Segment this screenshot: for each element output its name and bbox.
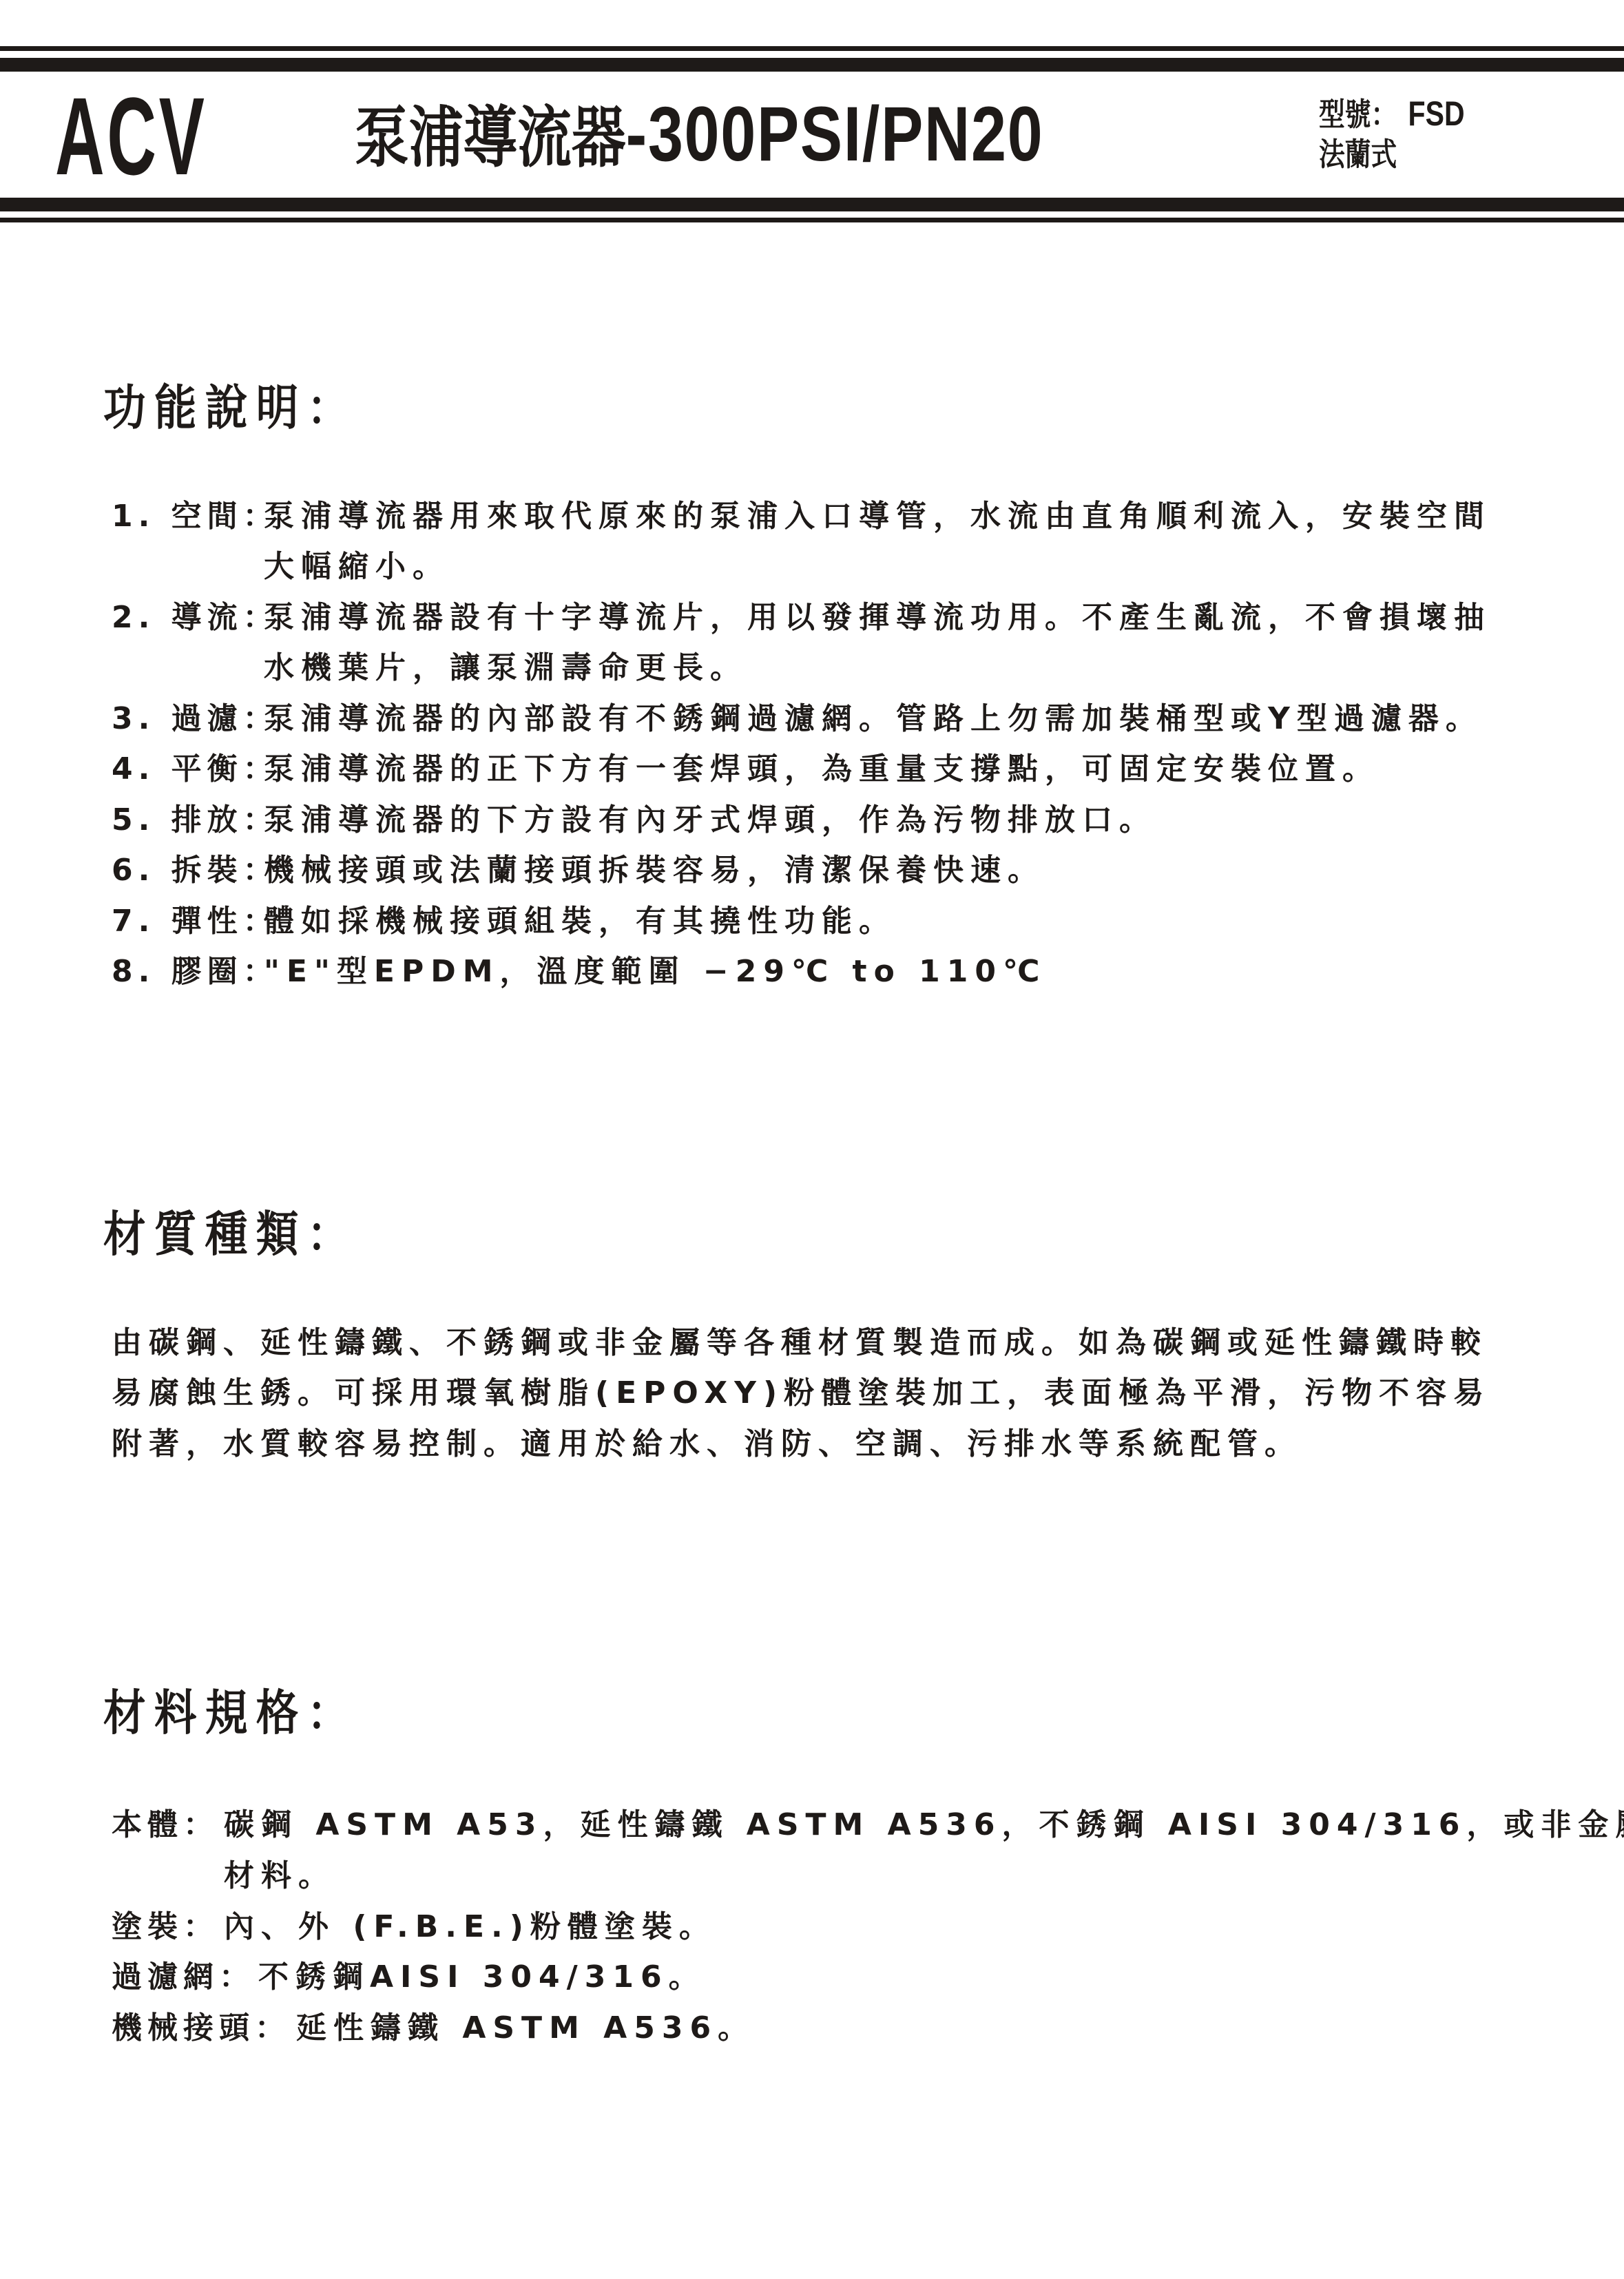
materials-paragraph-line: 易腐蝕生銹。可採用環氧樹脂(EPOXY)粉體塗裝加工，表面極為平滑，污物不容易 — [112, 1375, 1490, 1411]
header-bottom-thick-rule — [0, 198, 1624, 211]
model-number-row: 型號：FSD — [1319, 94, 1465, 134]
spec-item-text-continued: 材料。 — [224, 1858, 335, 1894]
section-heading-functions: 功能說明： — [103, 380, 358, 435]
product-title: 泵浦導流器-300PSI/PN20 — [355, 96, 1043, 176]
spec-item-label: 本體： — [112, 1807, 219, 1843]
model-info: 型號：FSD 法蘭式 — [1319, 94, 1465, 174]
materials-paragraph-line: 附著，水質較容易控制。適用於給水、消防、空調、污排水等系統配管。 — [112, 1426, 1302, 1462]
function-item-label: 5. 排放： — [112, 802, 279, 838]
spec-item-label: 過濾網： — [112, 1959, 255, 1995]
function-item-text: 泵浦導流器用來取代原來的泵浦入口導管，水流由直角順利流入，安裝空間 — [264, 499, 1491, 534]
header-bottom-thin-rule — [0, 218, 1624, 222]
function-item-text: 機械接頭或法蘭接頭拆裝容易，清潔保養快速。 — [264, 853, 1045, 888]
function-item-text-continued: 大幅縮小。 — [264, 549, 450, 585]
function-item-label: 6. 拆裝： — [112, 853, 279, 888]
function-item-text: 泵浦導流器的下方設有內牙式焊頭，作為污物排放口。 — [264, 802, 1156, 838]
function-item-text: 泵浦導流器的內部設有不銹鋼過濾網。管路上勿需加裝桶型或Y型過濾器。 — [264, 701, 1483, 737]
section-heading-specs: 材料規格： — [103, 1685, 358, 1740]
spec-item-text: 延性鑄鐵 ASTM A536。 — [296, 2010, 755, 2046]
function-item-text: 泵浦導流器的正下方有一套焊頭，為重量支撐點，可固定安裝位置。 — [264, 751, 1380, 787]
model-code: FSD — [1408, 94, 1465, 133]
materials-paragraph-line: 由碳鋼、延性鑄鐵、不銹鋼或非金屬等各種材質製造而成。如為碳鋼或延性鑄鐵時較 — [112, 1325, 1488, 1361]
section-heading-materials: 材質種類： — [103, 1207, 358, 1262]
spec-item-text: 內、外 (F.B.E.)粉體塗裝。 — [224, 1909, 716, 1945]
function-item-label: 2. 導流： — [112, 600, 279, 636]
connection-type: 法蘭式 — [1319, 134, 1465, 174]
product-title-rating: -300PSI/PN20 — [626, 91, 1044, 177]
function-item-text: 泵浦導流器設有十字導流片，用以發揮導流功用。不產生亂流，不會損壞抽 — [264, 600, 1491, 636]
function-item-text-continued: 水機葉片，讓泵淵壽命更長。 — [264, 650, 747, 686]
header-top-thick-rule — [0, 58, 1624, 72]
function-item-label: 8. 膠圈： — [112, 954, 279, 990]
spec-item-label: 機械接頭： — [112, 2010, 291, 2046]
function-item-label: 4. 平衡： — [112, 751, 279, 787]
function-item-label: 7. 彈性： — [112, 904, 279, 939]
spec-item-label: 塗裝： — [112, 1909, 219, 1945]
function-item-label: 3. 過濾： — [112, 701, 279, 737]
spec-item-text: 不銹鋼AISI 304/316。 — [258, 1959, 706, 1995]
function-item-label: 1. 空間： — [112, 499, 279, 534]
header-top-thin-rule — [0, 46, 1624, 51]
spec-item-text: 碳鋼 ASTM A53，延性鑄鐵 ASTM A536，不銹鋼 AISI 304/… — [224, 1807, 1624, 1843]
brand-logo: ACV — [55, 81, 207, 191]
model-label: 型號： — [1319, 96, 1397, 133]
product-title-cjk: 泵浦導流器 — [355, 99, 626, 176]
function-item-text: 體如採機械接頭組裝，有其撓性功能。 — [264, 904, 896, 939]
function-item-text: "E"型EPDM，溫度範圍 −29℃ to 110℃ — [264, 954, 1046, 990]
